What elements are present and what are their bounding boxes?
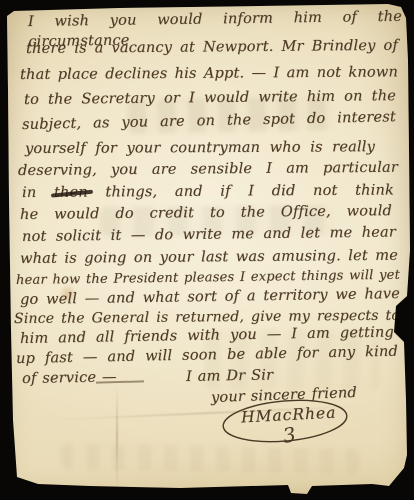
deleted-word: then [54,183,88,203]
letter-line-3: that place declines his Appt. — I am not… [20,62,398,85]
letter-line-4: to the Secretary or I would write him on… [24,86,396,110]
ink-showthrough [60,443,360,474]
letter-line-5: subject, as you are on the spot do inter… [22,107,396,135]
letter-line-8: in then things, and if I did not think [22,180,394,203]
letter-words: things, and if I did not think [105,182,394,200]
letter-line-17-left: of service — [22,367,117,389]
letter-line-1: I wish you would inform him of the circu… [28,7,402,32]
corner-inscription [384,486,412,494]
letter-line-7: deserving, you are sensible I am particu… [18,158,398,181]
document-photo: I wish you would inform him of the circu… [0,0,414,500]
pen-dash [96,380,144,383]
letter-word: in [22,185,37,201]
letter-line-9: he would do credit to the Office, would [20,201,392,225]
letter-line-6: yourself for your countryman who is real… [25,137,375,159]
letter-line-17-right: I am Dr Sir [186,365,274,387]
letter-paper: I wish you would inform him of the circu… [0,0,414,500]
letter-line-2: there is a vacancy at Newport. Mr Brindl… [26,36,398,59]
letter-line-10: not solicit it — do write me and let me … [22,222,396,247]
paper-crease [116,386,118,488]
